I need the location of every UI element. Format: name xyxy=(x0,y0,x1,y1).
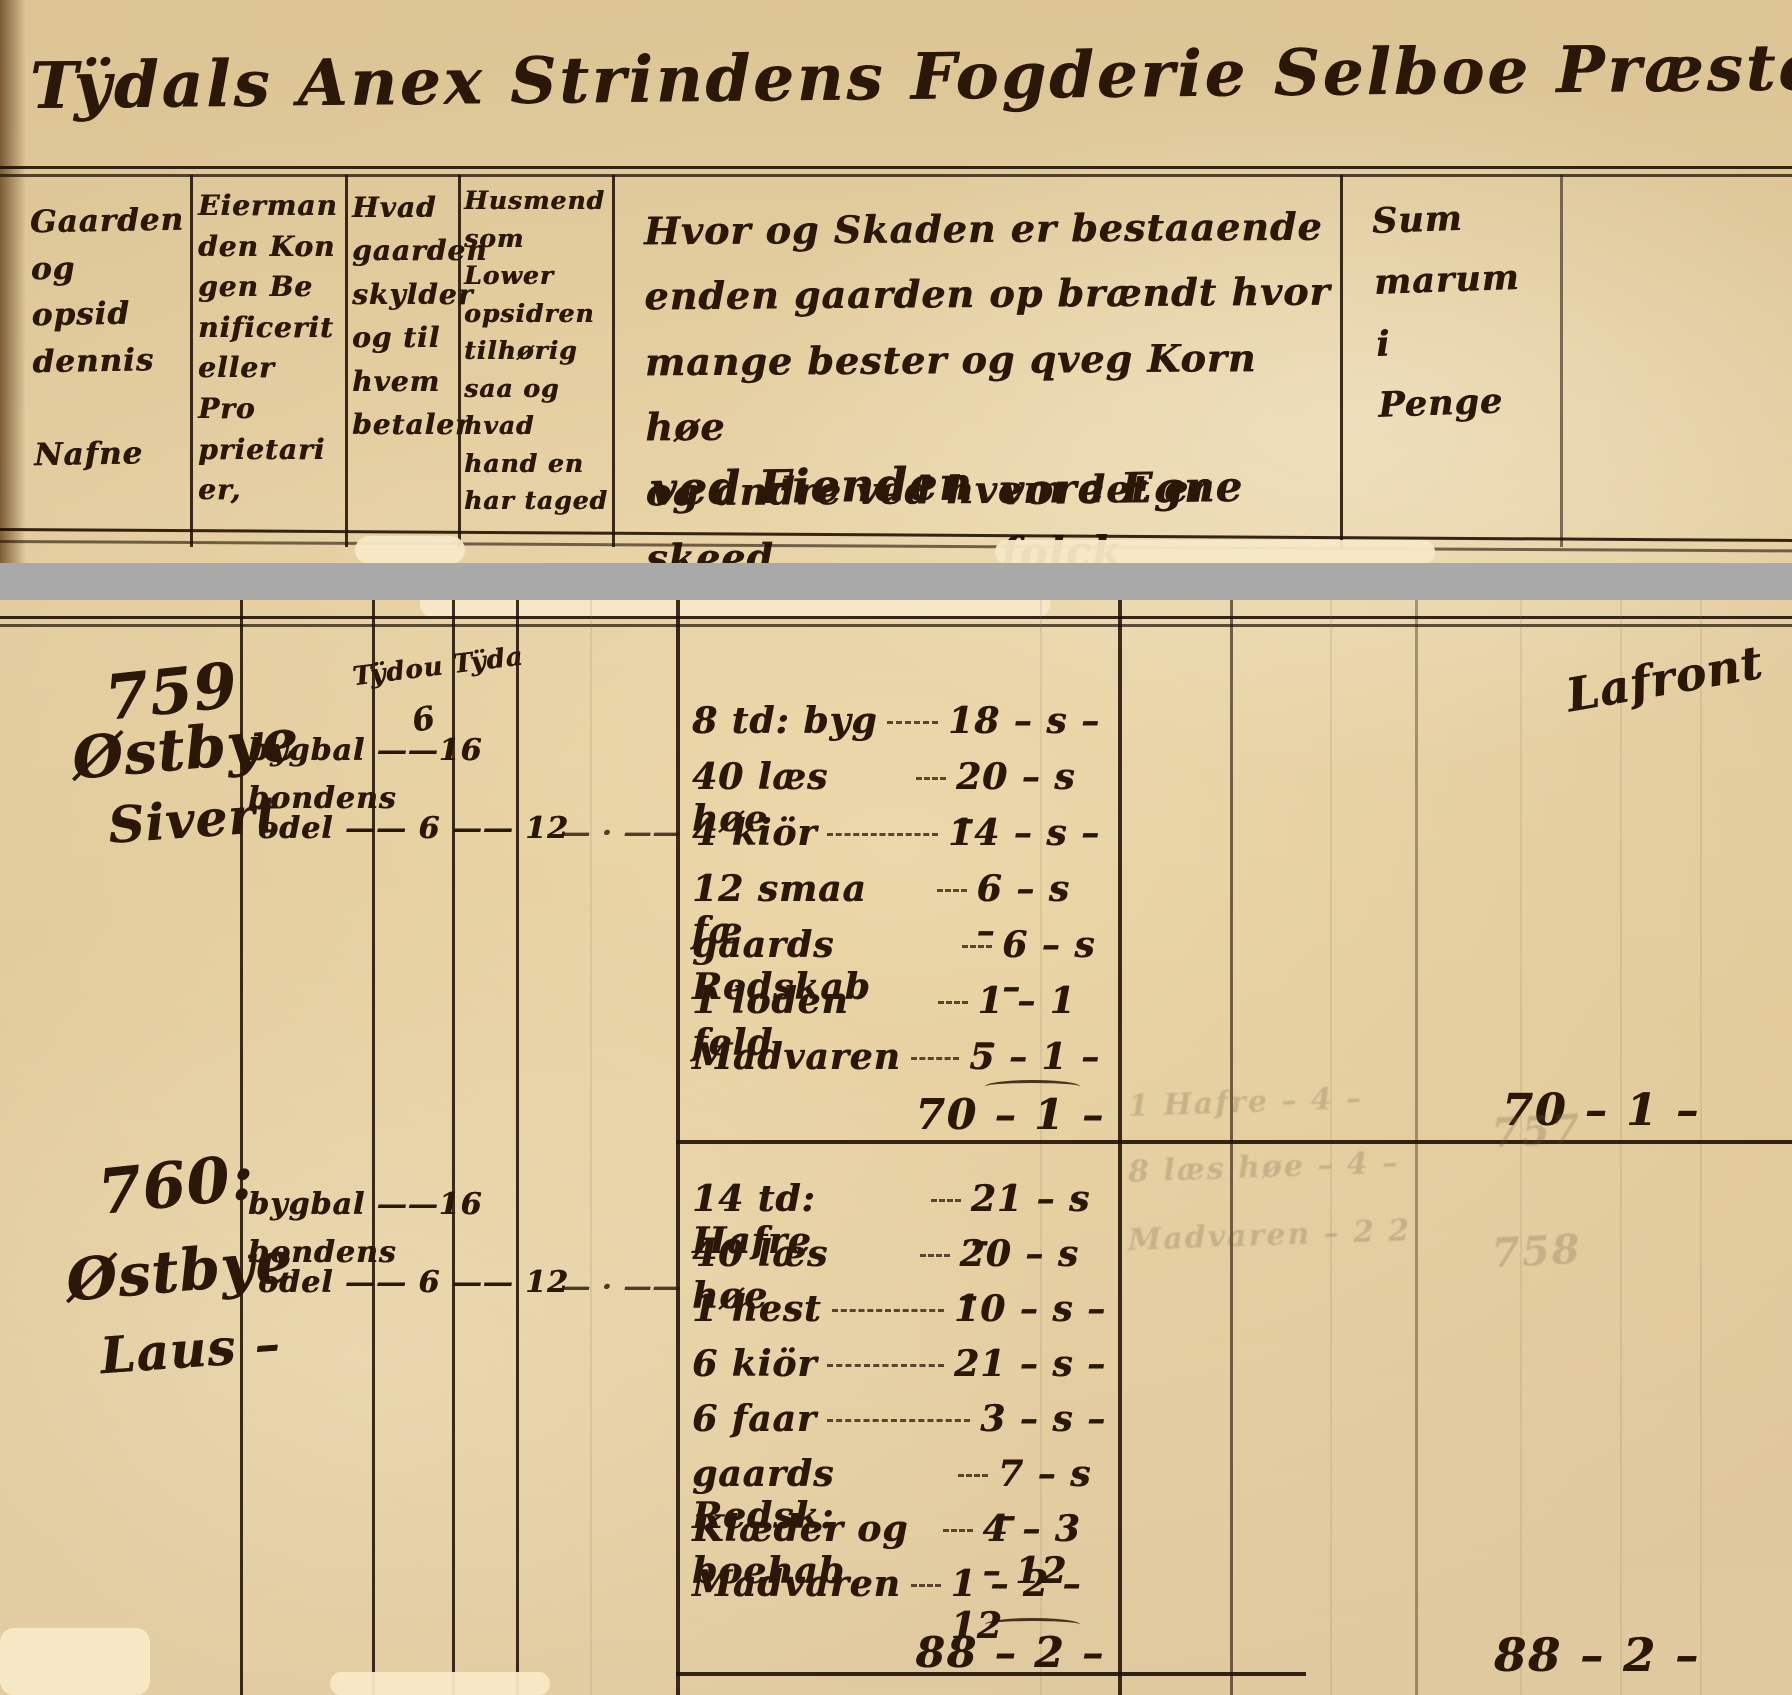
dotted-leader xyxy=(958,1474,988,1477)
rule-ledger-col-8 xyxy=(1415,600,1418,1695)
damage-item-label: 8 td: byg xyxy=(692,700,877,742)
rule-ledger-col-4 xyxy=(516,600,519,1695)
header-skyld: Hvad gaarden skylder og til hvem betaler xyxy=(352,186,454,446)
damage-item-value: 10 – s – xyxy=(954,1288,1106,1330)
damage-item-value: 21 – s – xyxy=(954,1343,1106,1385)
dotted-leader xyxy=(938,1001,968,1004)
scan-divider-bar xyxy=(0,563,1792,600)
bleedthrough-text: 1 Hafre – 4 – xyxy=(1127,1081,1363,1124)
dotted-leader xyxy=(916,777,946,780)
dotted-leader xyxy=(920,1254,950,1257)
rule-top-a xyxy=(0,166,1792,169)
damage-item-value: 18 – s – xyxy=(948,700,1100,742)
header-damage-by-enemy: ved Fienden xyxy=(649,449,980,524)
dotted-leader xyxy=(887,721,938,724)
minor-column-header: Tÿdou Tÿda xyxy=(350,632,573,698)
damage-item-label: 6 kiör xyxy=(692,1343,817,1385)
header-husmen: Husmend som Lower opsidren tilhørig saa … xyxy=(464,182,610,520)
bleedthrough-text: 758 xyxy=(1491,1226,1583,1278)
dotted-leader xyxy=(827,833,938,836)
page-title: Tÿdals Anex Strindens Fogderie Selboe Pr… xyxy=(30,21,1771,135)
skyld-line: bygbal ——16 xyxy=(248,1182,478,1227)
rule-ledger-col-5 xyxy=(676,600,680,1695)
damage-row: 6 kiör 21 – s – xyxy=(692,1343,1106,1385)
rule-ledger-top-a xyxy=(0,616,1792,619)
carryover-inscription: Lafront xyxy=(1561,623,1792,731)
rule-col-5 xyxy=(1340,175,1343,547)
rule-col-6 xyxy=(1560,175,1563,547)
damage-item-label: 1 hest xyxy=(692,1288,822,1330)
entry-total: 70 – 1 – xyxy=(850,1090,1105,1139)
paper-patch xyxy=(355,536,465,564)
rule-ledger-col-7 xyxy=(1230,600,1233,1695)
dotted-leader xyxy=(937,889,967,892)
skyld-line: odel —— 6 —— 12 xyxy=(258,806,578,851)
header-farm-name: Gaarden og opsid dennis Nafne xyxy=(30,197,187,479)
damage-item-label: 4 kiör xyxy=(692,812,817,854)
bleedthrough-text: 757 xyxy=(1491,1106,1583,1158)
damage-item-value: 14 – s – xyxy=(948,812,1100,854)
damage-item-label: Madvaren xyxy=(692,1036,901,1078)
damage-item-label: Madvaren xyxy=(692,1563,901,1605)
bleedthrough-text: 8 læs høe – 4 – xyxy=(1127,1145,1399,1189)
damage-row: 6 faar 3 – s – xyxy=(692,1398,1106,1440)
dotted-leader xyxy=(911,1057,960,1060)
rule-col-4 xyxy=(612,175,615,547)
paper-patch xyxy=(330,1672,550,1695)
dotted-leader xyxy=(911,1584,941,1587)
dotted-leader xyxy=(827,1419,970,1422)
header-owner: Eierman den Kon gen Be nificerit eller P… xyxy=(198,186,340,511)
rule-entry-759-bottom xyxy=(676,1140,1792,1144)
rule-entry-760-bottom xyxy=(676,1672,1306,1676)
rule-col-3 xyxy=(458,175,461,547)
paper-patch xyxy=(0,1628,150,1695)
pencil-guide xyxy=(1620,600,1622,1695)
rule-col-1 xyxy=(190,175,193,547)
dotted-leader xyxy=(832,1309,944,1312)
damage-row: Madvaren 5 – 1 – xyxy=(692,1036,1100,1078)
entry-total: 88 – 2 – xyxy=(850,1628,1105,1677)
book-spine-shadow xyxy=(0,0,26,563)
manuscript-page: Tÿdals Anex Strindens Fogderie Selboe Pr… xyxy=(0,0,1792,1695)
paper-patch xyxy=(995,540,1435,564)
damage-row: 8 td: byg 18 – s – xyxy=(692,700,1100,742)
dotted-leader xyxy=(943,1529,973,1532)
rule-ledger-top-b xyxy=(0,624,1792,627)
damage-item-value: 5 – 1 – xyxy=(969,1036,1100,1078)
entry-sum-right: 88 – 2 – xyxy=(1420,1628,1700,1682)
dotted-leader xyxy=(827,1364,944,1367)
damage-item-label: 6 faar xyxy=(692,1398,817,1440)
dotted-leader xyxy=(931,1199,961,1202)
pencil-guide xyxy=(590,600,592,1695)
dash-mark: — · —— xyxy=(562,812,681,854)
damage-row: 1 hest 10 – s – xyxy=(692,1288,1106,1330)
rule-top-b xyxy=(0,174,1792,177)
damage-row: 4 kiör 14 – s – xyxy=(692,812,1100,854)
header-sum-in-money: Sum marum i Penge xyxy=(1371,185,1549,436)
rule-ledger-col-6 xyxy=(1118,600,1122,1695)
occupant-name: Laus – xyxy=(98,1306,283,1393)
damage-item-value: 3 – s – xyxy=(980,1398,1106,1440)
bleedthrough-text: Madvaren – 2 2 xyxy=(1127,1213,1411,1258)
skyld-line: bygbal ——16 xyxy=(248,728,478,773)
rule-col-2 xyxy=(345,175,348,547)
skyld-line: odel —— 6 —— 12 xyxy=(258,1260,578,1305)
dash-mark: — · —— xyxy=(562,1266,681,1308)
dotted-leader xyxy=(962,945,992,948)
pencil-guide xyxy=(1700,600,1702,1695)
